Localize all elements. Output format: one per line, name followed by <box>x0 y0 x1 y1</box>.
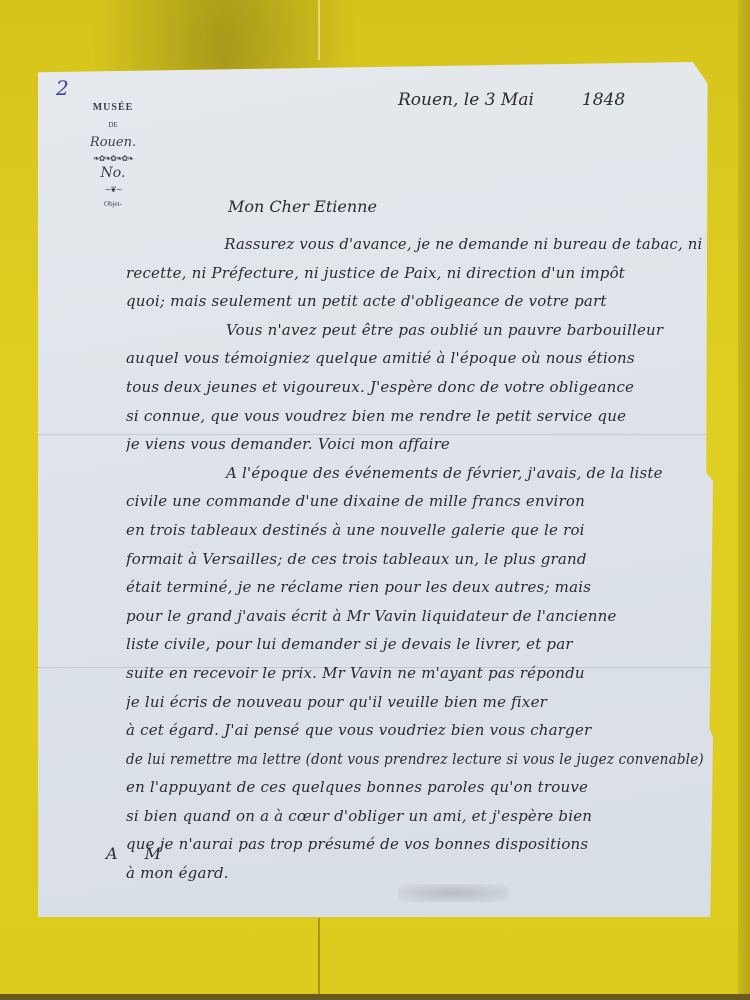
letter-line: tous deux jeunes et vigoureux. J'espère … <box>126 373 704 402</box>
letter-line: si bien quand on a à cœur d'obliger un a… <box>126 802 704 831</box>
letter-line: civile une commande d'une dixaine de mil… <box>126 487 704 516</box>
letterhead-city: Rouen. <box>78 135 148 150</box>
letter-line: auquel vous témoigniez quelque amitié à … <box>126 344 704 373</box>
letterhead-object-label: Objet- <box>78 200 148 208</box>
letterhead: MUSÉE DE Rouen. ❧✿❧✿❧✿❧ No. ~❦~ Objet- <box>78 102 148 208</box>
letter-line: en l'appuyant de ces quelques bonnes par… <box>126 773 704 802</box>
ornament-icon: ❧✿❧✿❧✿❧ <box>78 154 148 163</box>
signature: A M <box>106 844 161 863</box>
letter-line: je lui écris de nouveau pour qu'il veuil… <box>126 688 704 717</box>
board-bottom-shadow <box>0 994 750 1000</box>
letter-line: je viens vous demander. Voici mon affair… <box>126 430 704 459</box>
letter-line: A l'époque des événements de février, j'… <box>126 459 704 488</box>
letter-line: si connue, que vous voudrez bien me rend… <box>126 402 704 431</box>
board-seam-top <box>318 0 320 60</box>
folio-number: 2 <box>56 76 69 100</box>
letterhead-number-label: No. <box>78 165 148 181</box>
letter-line: recette, ni Préfecture, ni justice de Pa… <box>126 259 704 288</box>
letter-line: en trois tableaux destinés à une nouvell… <box>126 516 704 545</box>
salutation: Mon Cher Etienne <box>228 197 377 216</box>
letterhead-title: MUSÉE <box>78 102 148 113</box>
letter-line: suite en recevoir le prix. Mr Vavin ne m… <box>126 659 704 688</box>
letterhead-de: DE <box>78 121 148 129</box>
letter-line: était terminé, je ne réclame rien pour l… <box>126 573 704 602</box>
year: 1848 <box>582 90 625 110</box>
dateline: Rouen, le 3 Mai1848 <box>398 90 625 110</box>
ornament-icon: ~❦~ <box>78 185 148 194</box>
letter-line: que je n'aurai pas trop présumé de vos b… <box>126 830 704 859</box>
place-date: Rouen, le 3 Mai <box>398 90 534 110</box>
board-edge <box>738 0 750 1000</box>
letter-body: Rassurez vous d'avance, je ne demande ni… <box>126 230 704 888</box>
letter-line: pour le grand j'avais écrit à Mr Vavin l… <box>126 602 704 631</box>
letter-line: Vous n'avez peut être pas oublié un pauv… <box>126 316 704 345</box>
letter-line: formait à Versailles; de ces trois table… <box>126 545 704 574</box>
letter-line: quoi; mais seulement un petit acte d'obl… <box>126 287 704 316</box>
ink-stain <box>398 884 508 902</box>
letter-line: liste civile, pour lui demander si je de… <box>126 630 704 659</box>
board-seam-bottom <box>318 918 320 1000</box>
letter-line: Rassurez vous d'avance, je ne demande ni… <box>126 230 695 259</box>
letter-line: de lui remettre ma lettre (dont vous pre… <box>126 745 648 774</box>
letter-sheet: 2 MUSÉE DE Rouen. ❧✿❧✿❧✿❧ No. ~❦~ Objet-… <box>38 62 713 917</box>
letter-line: à cet égard. J'ai pensé que vous voudrie… <box>126 716 704 745</box>
